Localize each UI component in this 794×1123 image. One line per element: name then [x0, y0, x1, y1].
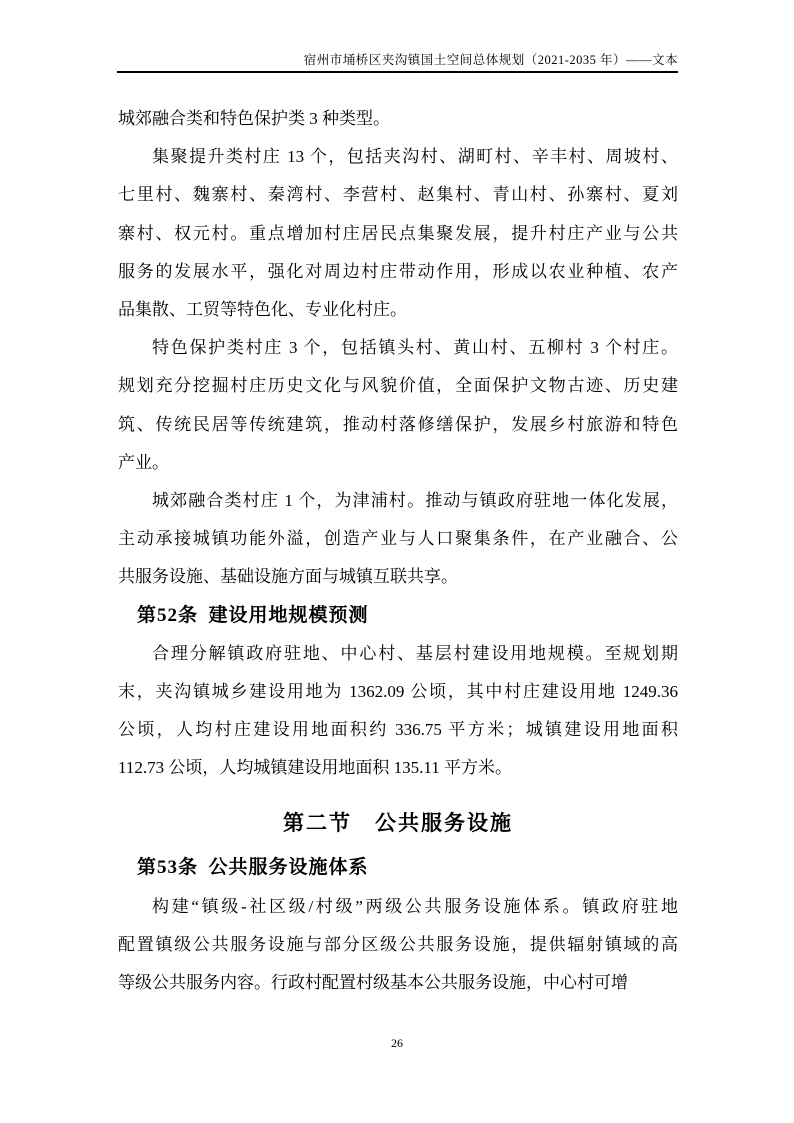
text-line: 城郊融合类和特色保护类 3 种类型。	[118, 100, 678, 138]
text-line: 合理分解镇政府驻地、中心村、基层村建设用地规模。至规划期	[118, 635, 678, 673]
document-body: 城郊融合类和特色保护类 3 种类型。集聚提升类村庄 13 个，包括夹沟村、湖町村…	[118, 100, 678, 1002]
article-heading: 第53条 公共服务设施体系	[118, 848, 678, 888]
text-line: 112.73 公顷，人均城镇建设用地面积 135.11 平方米。	[118, 749, 678, 787]
page-footer: 26	[0, 1036, 794, 1051]
section-heading: 第二节 公共服务设施	[118, 802, 678, 844]
text-line: 构建“镇级-社区级/村级”两级公共服务设施体系。镇政府驻地	[118, 888, 678, 926]
text-line: 主动承接城镇功能外溢，创造产业与人口聚集条件，在产业融合、公	[118, 520, 678, 558]
paragraph: 特色保护类村庄 3 个，包括镇头村、黄山村、五柳村 3 个村庄。规划充分挖掘村庄…	[118, 329, 678, 482]
text-line: 配置镇级公共服务设施与部分区级公共服务设施，提供辐射镇域的高	[118, 926, 678, 964]
page-number: 26	[391, 1036, 403, 1050]
paragraph: 合理分解镇政府驻地、中心村、基层村建设用地规模。至规划期末，夹沟镇城乡建设用地为…	[118, 635, 678, 788]
text-line: 特色保护类村庄 3 个，包括镇头村、黄山村、五柳村 3 个村庄。	[118, 329, 678, 367]
text-line: 末，夹沟镇城乡建设用地为 1362.09 公顷，其中村庄建设用地 1249.36	[118, 673, 678, 711]
text-line: 集聚提升类村庄 13 个，包括夹沟村、湖町村、辛丰村、周坡村、	[118, 138, 678, 176]
text-line: 品集散、工贸等特色化、专业化村庄。	[118, 291, 678, 329]
text-line: 等级公共服务内容。行政村配置村级基本公共服务设施，中心村可增	[118, 964, 678, 1002]
text-line: 城郊融合类村庄 1 个，为津浦村。推动与镇政府驻地一体化发展，	[118, 482, 678, 520]
paragraph: 城郊融合类和特色保护类 3 种类型。	[118, 100, 678, 138]
header-title: 宿州市埇桥区夹沟镇国土空间总体规划（2021-2035 年）——文本	[304, 53, 678, 67]
document-page: 宿州市埇桥区夹沟镇国土空间总体规划（2021-2035 年）——文本 城郊融合类…	[0, 0, 794, 1123]
text-line: 筑、传统民居等传统建筑，推动村落修缮保护，发展乡村旅游和特色	[118, 406, 678, 444]
text-line: 公顷，人均村庄建设用地面积约 336.75 平方米；城镇建设用地面积	[118, 711, 678, 749]
text-line: 寨村、权元村。重点增加村庄居民点集聚发展，提升村庄产业与公共	[118, 215, 678, 253]
paragraph: 构建“镇级-社区级/村级”两级公共服务设施体系。镇政府驻地配置镇级公共服务设施与…	[118, 888, 678, 1003]
text-line: 共服务设施、基础设施方面与城镇互联共享。	[118, 558, 678, 596]
paragraph: 集聚提升类村庄 13 个，包括夹沟村、湖町村、辛丰村、周坡村、七里村、魏寨村、秦…	[118, 138, 678, 329]
paragraph: 城郊融合类村庄 1 个，为津浦村。推动与镇政府驻地一体化发展，主动承接城镇功能外…	[118, 482, 678, 597]
text-line: 服务的发展水平，强化对周边村庄带动作用，形成以农业种植、农产	[118, 253, 678, 291]
page-header: 宿州市埇桥区夹沟镇国土空间总体规划（2021-2035 年）——文本	[117, 50, 678, 73]
text-line: 规划充分挖掘村庄历史文化与风貌价值，全面保护文物古迹、历史建	[118, 367, 678, 405]
text-line: 七里村、魏寨村、秦湾村、李营村、赵集村、青山村、孙寨村、夏刘	[118, 176, 678, 214]
article-heading: 第52条 建设用地规模预测	[118, 597, 678, 635]
text-line: 产业。	[118, 444, 678, 482]
